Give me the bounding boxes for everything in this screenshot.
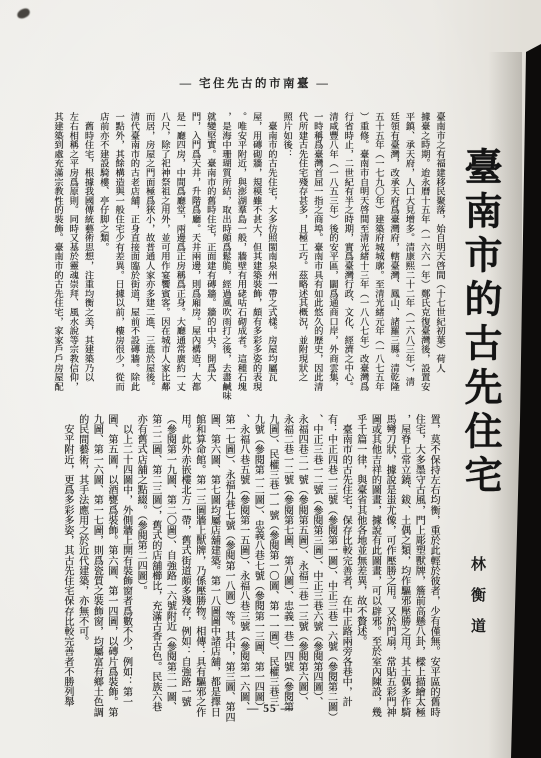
- body-column: 屋，用磚砌牆，規模雖不甚大，但其建築裝飾，頗有多彩多姿的表現: [247, 112, 262, 404]
- body-column: 的民間藝術，其手法應用之於近代建築，亦無不可。: [74, 414, 89, 730]
- body-column: 廷領有臺灣，改承天府爲臺灣府，轄臺灣、鳳山、諸羅三縣。清乾隆: [385, 112, 400, 404]
- body-column: 就變堅實。臺南市的舊時住宅，正面建有磚牆。牆的中央，開爲大: [202, 112, 217, 404]
- body-column: 店前亦不建設騎樓、亭仔脚之類。: [95, 112, 110, 404]
- body-column: ）重修。臺南市自明天啓間至清光緒十三年（一八八七年）改臺灣爲: [354, 112, 369, 404]
- body-column: 亦有舊式店舖之點綴。（參閱第二四圖）。: [133, 414, 148, 730]
- body-column: 據臺之時期。迨永曆十五年（一六六一年）鄭氏克復臺灣後，設置安: [415, 112, 430, 404]
- body-column: 代所建古先住宅殘存甚多，且極工巧。茲略述其概況，並附現狀之: [293, 112, 308, 404]
- body-column: 馬彎刀狀，據說是蚩尤像，可作壓勝之用。又於門扇，常貼五彩門神: [381, 414, 396, 730]
- running-header-title: — 宅住先古的市南臺 —: [0, 75, 510, 91]
- body-column: 安平附近，更爲多彩多姿，其古先住宅保存比較完善者不勝列舉: [59, 414, 74, 730]
- body-column: （參閱第一九圖、第二〇圖）、自強路一六號附近（參閱第二一圖、: [162, 414, 177, 730]
- body-column: 其建築到處充滿宗教性的裝飾。臺南市的古先住宅，家家戶戶房屋配: [49, 112, 64, 404]
- body-text-bottom-band: 置，莫不保持左右均衡，重於此輕於彼者，少有僅無。安平區的舊時住宅，大多墨守古風，…: [59, 414, 440, 730]
- body-column: 九圖）、民權三巷一一號（參閱第一〇圖、第一一圖）、民權三巷三: [264, 414, 279, 730]
- article-title: 臺南市的古先住宅: [452, 147, 507, 517]
- body-column: 臺南市的古先住宅，保存比較完善者，在中正路兩旁各巷中，計: [338, 414, 353, 730]
- body-column: 有：中正四巷一三號（參閱第一圖）、中正三巷一六號（參閱第二圖）: [323, 414, 338, 730]
- body-column: 而居，房屋之門面極爲狹小，故普通人家亦多建二進、三進於屋後。: [140, 112, 155, 404]
- body-column: 一時稱爲臺灣首屈一指之商埠。臺南市具有如此悠久的歷史，因此清: [308, 112, 323, 404]
- body-column: 左右相稱之平房爲原則。同時又基於靈魂崇拜、風水說等宗教信仰，: [64, 112, 79, 404]
- scanned-page: — 宅住先古的市南臺 — 臺南市之有福建移民聚落，始自明天啓間（十七世紀初葉）荷…: [0, 0, 541, 758]
- body-column: 行省時止，二世紀有半之時期，實爲臺灣行政、文化、經濟之中心。: [339, 112, 354, 404]
- body-column: 乎千篇一律，與臺省其他各地並無差異，故不贅述。: [352, 414, 367, 730]
- body-column: 圖、第六圖、第七圖均屬店舖建築。第一八圖圖中諸店舖，都是擇日: [206, 414, 221, 730]
- body-column: 一點外，其餘構造與一般住宅少有差異。日據以前，樓房很少，從而: [110, 112, 125, 404]
- body-column: 第二二圖、第二三圖），舊式的店舖櫛比，充滿古香古色。民族六巷: [147, 414, 162, 730]
- body-column: 永福二巷一二號（參閱第七圖、第八圖）、忠義一巷一四號（參閱第: [279, 414, 294, 730]
- article-author: 林衡道: [467, 556, 488, 666]
- body-column: 平鎮、承天府，人口大見增多。清康熙二十二年（一六八三年），清: [400, 112, 415, 404]
- scan-speck: [16, 7, 31, 20]
- body-column: 是一廳四房，中間爲廳堂，兩邊爲正房稱爲正身。大廳通常廣約一丈: [171, 112, 186, 404]
- body-column: 臺南市的古先住宅，大多仿照閩南泉州一帶之式樣。房屋均屬瓦: [263, 112, 278, 404]
- body-column: ，是海中珊瑚質所結，取出時頗爲鬆脆，經過風吹雨打之後，去盡鹹味: [217, 112, 232, 404]
- body-column: 圖或其他吉祥的圖畫，據說有此圖畫，可以辟邪。至於室內陳設，幾: [367, 414, 382, 730]
- body-column: 照片如後：: [278, 112, 293, 404]
- body-column: 臺南市之有福建移民聚落，始自明天啓間（十七世紀初葉）荷人: [431, 112, 446, 404]
- body-column: 九圖、第一六圖、第一七圖，則爲瓷質之裝飾窗，均屬富有鄉土色調: [89, 414, 104, 730]
- body-column: ，屋脊上常立鐃、鈸、土偶之類，均作驅邪壓勝之用。其土偶多作騎: [396, 414, 411, 730]
- body-column: 以上二十四圖中，外側牆上開有裝飾窗者爲數不少，例如：第一: [118, 414, 133, 730]
- body-column: 第一七圖）、永福九巷七號（參閱第一八圖）等。其中，第三圖、第四: [220, 414, 235, 730]
- body-text-top-band: 臺南市之有福建移民聚落，始自明天啓間（十七世紀初葉）荷人據臺之時期。迨永曆十五年…: [48, 112, 446, 404]
- body-column: 五十五年（一七九〇年）建築府城城廓。至清光緒元年（一八七五年: [370, 112, 385, 404]
- body-column: 、中正三巷一二號（參閱第三圖）、中正三巷六號（參閱第四圖）、: [308, 414, 323, 730]
- body-column: 。唯安平附近，與澎湖羣島一般，牆壁有用硓咕石砌成者。這種石塊: [232, 112, 247, 404]
- body-column: 、永福八巷五號（參閱第一五圖）、永福八巷三號（參閱第一六圖、: [235, 414, 250, 730]
- body-column: 館和算命館。第一三圖牆上獸牌，乃係壓勝物。相傳：具有驅邪之作: [191, 414, 206, 730]
- body-column: 清咸豐八年（一八五三年）後的安平區，闢爲通商口岸，外商雲集，: [324, 112, 339, 404]
- body-column: 圖、第五圖，以酒甕爲裝飾。第六圖、第一四圖，以磚片爲裝飾。第: [103, 414, 118, 730]
- body-column: 舊時住宅，根據我國傳統藝術思想，注重均衡之美，其建築乃以: [79, 112, 94, 404]
- body-column: 永福四巷二一號（參閱第五圖）、永福二巷一三號（參閱第六圖）、: [294, 414, 309, 730]
- body-column: 八尺，除了祀神祭祖之用外，並可用作宴饗賓客。因在城市人家比鄰: [156, 112, 171, 404]
- body-column: 門，入門爲天井，升階爲廳。天井兩邊，則爲廂房。屋內構造，大都: [186, 112, 201, 404]
- page-number: — 55 —: [180, 703, 360, 715]
- body-column: 住宅，大多墨守古風，門上彫塑獸牌，簷前高懸八卦，樑上描繪太極: [411, 414, 426, 730]
- body-column: 用。此外赤嵌樓北方一帶，舊式街道頗多殘存，例如：自強路一號: [176, 414, 191, 730]
- body-column: 置，莫不保持左右均衡，重於此輕於彼者，少有僅無。安平區的舊時: [425, 414, 440, 730]
- body-column: 清代臺南市的古老店舖，正身直接面臨於街道，屋前不設磚牆。除此: [125, 112, 140, 404]
- body-column: 九號（參閱第一二圖）、忠義八巷七號（參閱第一三圖、第一四圖）: [250, 414, 265, 730]
